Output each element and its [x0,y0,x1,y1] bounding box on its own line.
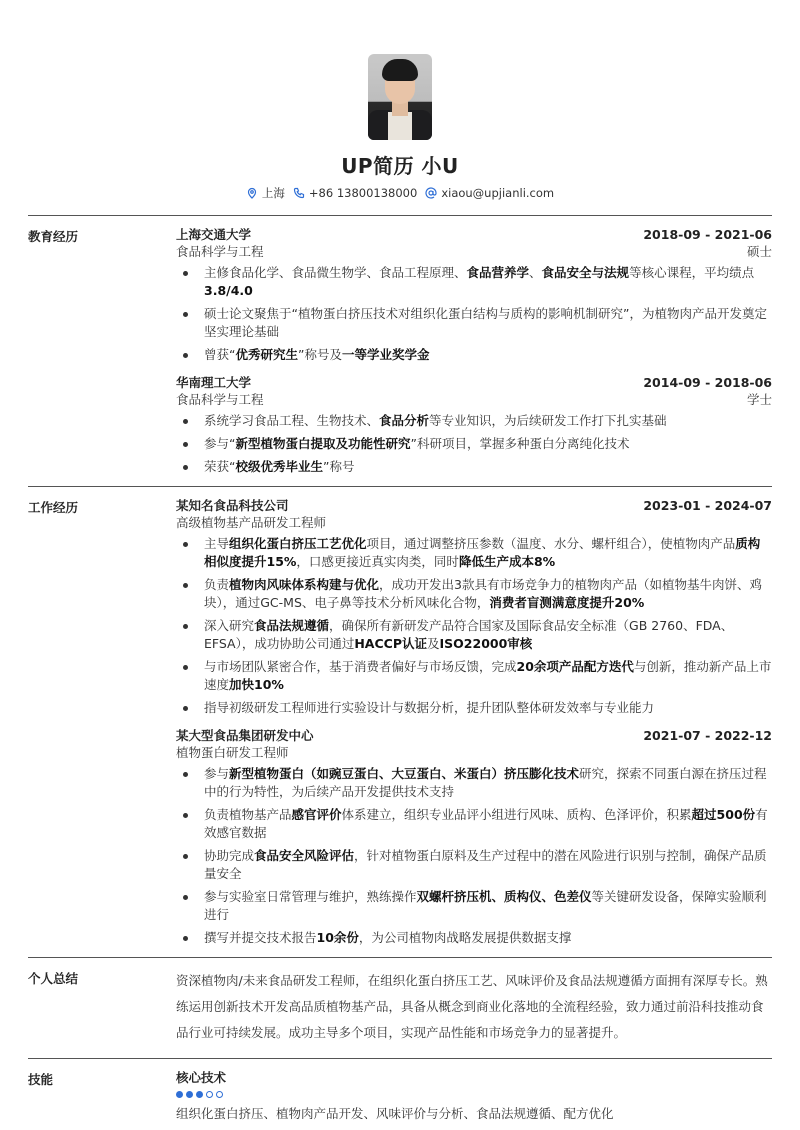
skill-level-rating [176,1091,772,1098]
section-summary: 个人总结 资深植物肉/未来食品研发工程师，在组织化蛋白挤压工艺、风味评价及食品法… [28,957,772,1058]
work-entry: 某知名食品科技公司2023-01 - 2024-07 高级植物基产品研发工程师 … [176,497,772,717]
school-name: 华南理工大学 [176,374,251,391]
education-entry: 华南理工大学2014-09 - 2018-06 食品科学与工程学士 系统学习食品… [176,374,772,476]
date-range: 2021-07 - 2022-12 [643,727,772,744]
list-item: 指导初级研发工程师进行实验设计与数据分析，提升团队整体研发效率与专业能力 [176,699,772,717]
rating-dot-filled [186,1091,193,1098]
job-role: 高级植物基产品研发工程师 [176,514,326,531]
degree: 学士 [747,391,772,408]
email-icon [425,187,437,199]
list-item: 参与新型植物蛋白（如豌豆蛋白、大豆蛋白、米蛋白）挤压膨化技术研究，探索不同蛋白源… [176,765,772,801]
location-icon [246,187,258,199]
contact-phone: +86 13800138000 [293,186,417,200]
section-education: 教育经历 上海交通大学2018-09 - 2021-06 食品科学与工程硕士 主… [28,215,772,486]
list-item: 硕士论文聚焦于“植物蛋白挤压技术对组织化蛋白结构与质构的影响机制研究”，为植物肉… [176,305,772,341]
phone-text[interactable]: +86 13800138000 [309,186,417,200]
school-name: 上海交通大学 [176,226,251,243]
section-title: 教育经历 [28,226,176,486]
location-text: 上海 [262,185,285,201]
degree: 硕士 [747,243,772,260]
list-item: 参与“新型植物蛋白提取及功能性研究”科研项目，掌握多种蛋白分离纯化技术 [176,435,772,453]
rating-dot-empty [216,1091,223,1098]
resume-header: UP简历 小U 上海 +86 13800138000 xiaou@upjianl… [0,54,800,201]
section-title: 技能 [28,1069,176,1122]
skill-description: 组织化蛋白挤压、植物肉产品开发、风味评价与分析、食品法规遵循、配方优化 [176,1104,772,1122]
section-skills: 技能 核心技术 组织化蛋白挤压、植物肉产品开发、风味评价与分析、食品法规遵循、配… [28,1058,772,1122]
section-title: 工作经历 [28,497,176,957]
major: 食品科学与工程 [176,243,264,260]
job-role: 植物蛋白研发工程师 [176,744,289,761]
section-title: 个人总结 [28,968,176,1058]
work-entry: 某大型食品集团研发中心2021-07 - 2022-12 植物蛋白研发工程师 参… [176,727,772,947]
list-item: 负责植物肉风味体系构建与优化，成功开发出3款具有市场竞争力的植物肉产品（如植物基… [176,576,772,612]
candidate-name: UP简历 小U [0,150,800,179]
phone-icon [293,187,305,199]
resume-page: UP简历 小U 上海 +86 13800138000 xiaou@upjianl… [0,0,800,1122]
company-name: 某大型食品集团研发中心 [176,727,314,744]
date-range: 2023-01 - 2024-07 [643,497,772,514]
major: 食品科学与工程 [176,391,264,408]
date-range: 2014-09 - 2018-06 [643,374,772,391]
list-item: 曾获“优秀研究生”称号及一等学业奖学金 [176,346,772,364]
summary-text: 资深植物肉/未来食品研发工程师，在组织化蛋白挤压工艺、风味评价及食品法规遵循方面… [176,968,772,1046]
skill-name: 核心技术 [176,1069,772,1087]
rating-dot-filled [176,1091,183,1098]
list-item: 撰写并提交技术报告10余份，为公司植物肉战略发展提供数据支撑 [176,929,772,947]
education-entry: 上海交通大学2018-09 - 2021-06 食品科学与工程硕士 主修食品化学… [176,226,772,364]
email-text[interactable]: xiaou@upjianli.com [441,186,554,200]
contact-info: 上海 +86 13800138000 xiaou@upjianli.com [0,185,800,201]
rating-dot-filled [196,1091,203,1098]
list-item: 荣获“校级优秀毕业生”称号 [176,458,772,476]
list-item: 主导组织化蛋白挤压工艺优化项目，通过调整挤压参数（温度、水分、螺杆组合），使植物… [176,535,772,571]
list-item: 协助完成食品安全风险评估，针对植物蛋白原料及生产过程中的潜在风险进行识别与控制，… [176,847,772,883]
list-item: 主修食品化学、食品微生物学、食品工程原理、食品营养学、食品安全与法规等核心课程，… [176,264,772,300]
company-name: 某知名食品科技公司 [176,497,289,514]
section-work: 工作经历 某知名食品科技公司2023-01 - 2024-07 高级植物基产品研… [28,486,772,957]
list-item: 负责植物基产品感官评价体系建立，组织专业品评小组进行风味、质构、色泽评价，积累超… [176,806,772,842]
date-range: 2018-09 - 2021-06 [643,226,772,243]
rating-dot-empty [206,1091,213,1098]
list-item: 深入研究食品法规遵循，确保所有新研发产品符合国家及国际食品安全标准（GB 276… [176,617,772,653]
contact-email: xiaou@upjianli.com [425,186,554,200]
list-item: 与市场团队紧密合作，基于消费者偏好与市场反馈，完成20余项产品配方迭代与创新，推… [176,658,772,694]
profile-photo [368,54,432,140]
list-item: 参与实验室日常管理与维护，熟练操作双螺杆挤压机、质构仪、色差仪等关键研发设备，保… [176,888,772,924]
contact-location: 上海 [246,185,285,201]
list-item: 系统学习食品工程、生物技术、食品分析等专业知识，为后续研发工作打下扎实基础 [176,412,772,430]
